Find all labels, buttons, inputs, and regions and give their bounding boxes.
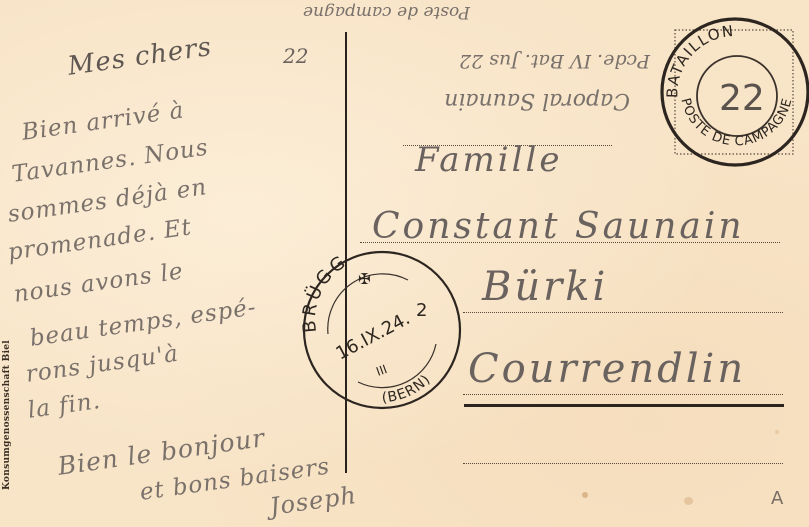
message-line: beau temps, espé- <box>28 294 258 352</box>
paper-stain <box>684 497 693 505</box>
sender-line-1: Poste de campagne <box>240 2 470 22</box>
message-signature: Joseph <box>268 481 358 521</box>
paper-stain <box>775 430 779 434</box>
svg-text:(BERN): (BERN) <box>381 371 434 406</box>
swiss-cross-icon: ✠ <box>358 270 371 288</box>
message-greeting: Mes chers <box>66 32 214 82</box>
brugg-date: 16.IX.24. <box>332 308 413 364</box>
brugg-hour: 2 <box>416 300 427 321</box>
address-line-famille: Famille <box>415 140 563 180</box>
address-line-town: Courrendlin <box>468 346 746 392</box>
paper-stain <box>582 492 588 498</box>
address-line-3 <box>463 312 783 313</box>
address-line-name: Constant Saunain <box>372 206 745 247</box>
message-date-note: 22 <box>283 44 308 68</box>
brugg-postmark: BRÜGG ✠ 16.IX.24. 2 III (BERN) <box>298 248 466 412</box>
publisher-imprint: Konsumgenossenschaft Biel <box>2 340 12 490</box>
address-line-5 <box>463 463 783 464</box>
message-line: la fin. <box>26 388 102 424</box>
address-underline <box>464 404 784 407</box>
field-post-number: 22 <box>719 78 765 119</box>
sender-line-3: Caporal Saunain <box>330 88 630 113</box>
message-line: Bien arrivé à <box>20 97 186 146</box>
corner-mark: A <box>771 488 783 509</box>
address-line-street: Bürki <box>482 264 608 310</box>
brugg-town-text: BRÜGG <box>299 251 352 334</box>
message-line: nous avons le <box>12 258 185 308</box>
address-line-4 <box>463 394 783 395</box>
postcard: Konsumgenossenschaft Biel Poste de campa… <box>0 0 809 527</box>
svg-text:BRÜGG: BRÜGG <box>299 251 352 334</box>
field-post-stamp: BATAILLON POSTE DE CAMPAGNE 22 <box>655 12 809 172</box>
sender-line-2: Pcde. IV Bat. Jus 22 <box>350 50 650 72</box>
brugg-mark: III <box>374 362 389 379</box>
brugg-canton-text: (BERN) <box>381 371 434 406</box>
